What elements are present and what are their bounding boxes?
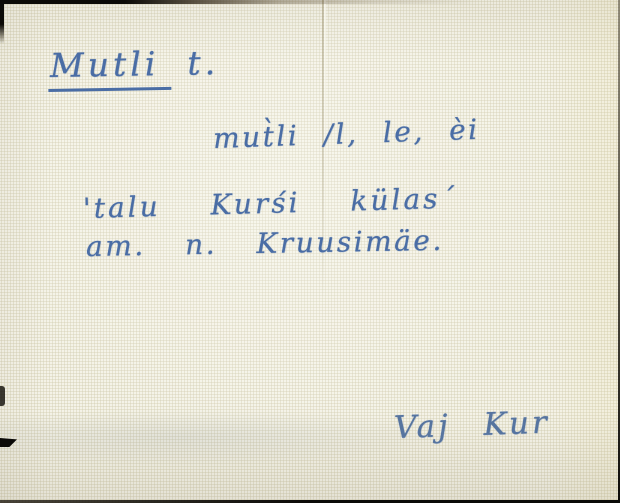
headword-line: Mutlit. [50, 43, 220, 92]
scanned-card: Mutlit. mut̀li /l, le, èi 'talu Kurśi kü… [0, 0, 620, 503]
scan-shading-band [0, 408, 450, 466]
headword-suffix: t. [187, 43, 219, 83]
scan-edge-smudge-upper [0, 386, 5, 406]
phonetic-notation-line: mut̀li /l, le, èi [212, 113, 480, 155]
collector-signature: Vaj Kur [393, 405, 550, 446]
official-name-line: am. n. Kruusimäe. [86, 224, 444, 263]
scan-edge-left [0, 0, 4, 44]
scan-edge-top [0, 0, 480, 4]
scan-edge-smudge-lower [0, 438, 17, 447]
location-line: 'talu Kurśi külas´ [83, 182, 458, 225]
headword: Mutli [48, 44, 172, 92]
